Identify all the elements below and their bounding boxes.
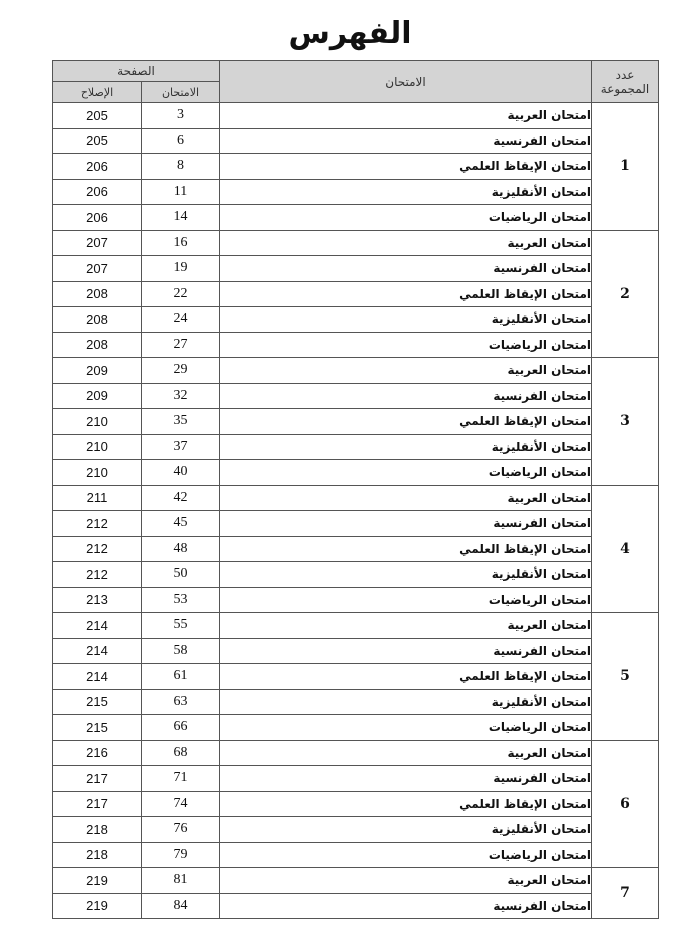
- table-row: 3امتحان العربية29209: [53, 358, 659, 384]
- correction-page: 218: [53, 842, 142, 868]
- exam-name: امتحان الفرنسية: [220, 383, 592, 409]
- exam-page: 6: [142, 128, 220, 154]
- exam-name: امتحان الرياضيات: [220, 842, 592, 868]
- table-row: 7امتحان العربية81219: [53, 868, 659, 894]
- correction-page: 210: [53, 409, 142, 435]
- correction-page: 206: [53, 179, 142, 205]
- exam-name: امتحان الرياضيات: [220, 715, 592, 741]
- correction-page: 218: [53, 817, 142, 843]
- exam-page: 58: [142, 638, 220, 664]
- correction-page: 208: [53, 281, 142, 307]
- exam-page: 84: [142, 893, 220, 919]
- table-row: امتحان الرياضيات79218: [53, 842, 659, 868]
- table-row: امتحان الرياضيات53213: [53, 587, 659, 613]
- exam-name: امتحان الرياضيات: [220, 332, 592, 358]
- page-title: الفهرس: [0, 14, 700, 54]
- exam-name: امتحان الأنقليزية: [220, 689, 592, 715]
- exam-page: 66: [142, 715, 220, 741]
- table-row: امتحان الفرنسية19207: [53, 256, 659, 282]
- exam-page: 19: [142, 256, 220, 282]
- correction-page: 208: [53, 332, 142, 358]
- exam-page: 53: [142, 587, 220, 613]
- table-row: امتحان الفرنسية45212: [53, 511, 659, 537]
- table-row: امتحان الرياضيات66215: [53, 715, 659, 741]
- correction-page: 208: [53, 307, 142, 333]
- correction-page: 210: [53, 460, 142, 486]
- exam-page: 81: [142, 868, 220, 894]
- correction-page: 205: [53, 128, 142, 154]
- table-row: امتحان الإيقاظ العلمي8206: [53, 154, 659, 180]
- group-number: 3: [592, 358, 659, 486]
- exam-page: 16: [142, 230, 220, 256]
- table-row: امتحان الإيقاظ العلمي48212: [53, 536, 659, 562]
- correction-page: 207: [53, 256, 142, 282]
- correction-page: 207: [53, 230, 142, 256]
- correction-page: 210: [53, 434, 142, 460]
- exam-page: 32: [142, 383, 220, 409]
- correction-page: 217: [53, 766, 142, 792]
- correction-page: 205: [53, 103, 142, 129]
- correction-page: 214: [53, 638, 142, 664]
- exam-name: امتحان الإيقاظ العلمي: [220, 536, 592, 562]
- correction-page: 214: [53, 613, 142, 639]
- group-number: 4: [592, 485, 659, 613]
- exam-page: 61: [142, 664, 220, 690]
- exam-name: امتحان الإيقاظ العلمي: [220, 791, 592, 817]
- table-row: امتحان الأنقليزية76218: [53, 817, 659, 843]
- exam-page: 79: [142, 842, 220, 868]
- table-row: امتحان الفرنسية84219: [53, 893, 659, 919]
- exam-name: امتحان الأنقليزية: [220, 179, 592, 205]
- table-row: امتحان الأنقليزية50212: [53, 562, 659, 588]
- correction-page: 213: [53, 587, 142, 613]
- exam-page: 48: [142, 536, 220, 562]
- table-row: امتحان الفرنسية32209: [53, 383, 659, 409]
- table-row: امتحان الإيقاظ العلمي74217: [53, 791, 659, 817]
- correction-page: 215: [53, 715, 142, 741]
- table-row: امتحان الإيقاظ العلمي35210: [53, 409, 659, 435]
- exam-name: امتحان الفرنسية: [220, 893, 592, 919]
- exam-page: 55: [142, 613, 220, 639]
- correction-page: 206: [53, 205, 142, 231]
- exam-name: امتحان الرياضيات: [220, 205, 592, 231]
- correction-page: 215: [53, 689, 142, 715]
- exam-page: 37: [142, 434, 220, 460]
- exam-name: امتحان العربية: [220, 358, 592, 384]
- group-number: 6: [592, 740, 659, 868]
- table-row: امتحان الرياضيات40210: [53, 460, 659, 486]
- exam-name: امتحان الأنقليزية: [220, 307, 592, 333]
- exam-page: 63: [142, 689, 220, 715]
- correction-page: 206: [53, 154, 142, 180]
- exam-page: 3: [142, 103, 220, 129]
- exam-page: 76: [142, 817, 220, 843]
- table-row: امتحان الرياضيات14206: [53, 205, 659, 231]
- exam-name: امتحان العربية: [220, 868, 592, 894]
- group-number: 7: [592, 868, 659, 919]
- table-row: 5امتحان العربية55214: [53, 613, 659, 639]
- exam-name: امتحان الإيقاظ العلمي: [220, 664, 592, 690]
- exam-page: 27: [142, 332, 220, 358]
- exam-page: 45: [142, 511, 220, 537]
- exam-page: 71: [142, 766, 220, 792]
- group-number: 5: [592, 613, 659, 741]
- exam-page: 14: [142, 205, 220, 231]
- table-row: امتحان الفرنسية6205: [53, 128, 659, 154]
- table-header: عدد المجموعة الامتحان الصفحة الامتحان ال…: [53, 61, 659, 103]
- table-row: امتحان الفرنسية58214: [53, 638, 659, 664]
- header-exam: الامتحان: [220, 61, 592, 103]
- exam-page: 74: [142, 791, 220, 817]
- exam-name: امتحان العربية: [220, 103, 592, 129]
- correction-page: 216: [53, 740, 142, 766]
- exam-name: امتحان العربية: [220, 740, 592, 766]
- correction-page: 209: [53, 358, 142, 384]
- exam-page: 8: [142, 154, 220, 180]
- exam-page: 11: [142, 179, 220, 205]
- table-row: امتحان الأنقليزية37210: [53, 434, 659, 460]
- exam-name: امتحان الأنقليزية: [220, 562, 592, 588]
- table-row: 1امتحان العربية3205: [53, 103, 659, 129]
- exam-name: امتحان الإيقاظ العلمي: [220, 409, 592, 435]
- exam-page: 29: [142, 358, 220, 384]
- correction-page: 209: [53, 383, 142, 409]
- table-row: 6امتحان العربية68216: [53, 740, 659, 766]
- header-group: عدد المجموعة: [592, 61, 659, 103]
- correction-page: 214: [53, 664, 142, 690]
- exam-page: 50: [142, 562, 220, 588]
- exam-page: 35: [142, 409, 220, 435]
- exam-name: امتحان الفرنسية: [220, 128, 592, 154]
- exam-page: 22: [142, 281, 220, 307]
- table-row: امتحان الإيقاظ العلمي61214: [53, 664, 659, 690]
- table-row: 4امتحان العربية42211: [53, 485, 659, 511]
- table-row: امتحان الفرنسية71217: [53, 766, 659, 792]
- exam-name: امتحان العربية: [220, 485, 592, 511]
- table-row: 2امتحان العربية16207: [53, 230, 659, 256]
- exam-name: امتحان الرياضيات: [220, 460, 592, 486]
- group-number: 1: [592, 103, 659, 231]
- table-row: امتحان الأنقليزية11206: [53, 179, 659, 205]
- header-page: الصفحة: [53, 61, 220, 82]
- group-number: 2: [592, 230, 659, 358]
- correction-page: 212: [53, 562, 142, 588]
- correction-page: 211: [53, 485, 142, 511]
- exam-name: امتحان الإيقاظ العلمي: [220, 281, 592, 307]
- exam-name: امتحان الرياضيات: [220, 587, 592, 613]
- table-row: امتحان الرياضيات27208: [53, 332, 659, 358]
- exam-name: امتحان العربية: [220, 613, 592, 639]
- header-page-correction: الإصلاح: [53, 82, 142, 103]
- exam-name: امتحان الفرنسية: [220, 766, 592, 792]
- exam-name: امتحان الفرنسية: [220, 511, 592, 537]
- correction-page: 217: [53, 791, 142, 817]
- exam-page: 68: [142, 740, 220, 766]
- correction-page: 219: [53, 893, 142, 919]
- index-table: عدد المجموعة الامتحان الصفحة الامتحان ال…: [52, 60, 659, 919]
- correction-page: 219: [53, 868, 142, 894]
- exam-name: امتحان الأنقليزية: [220, 434, 592, 460]
- exam-page: 42: [142, 485, 220, 511]
- header-page-exam: الامتحان: [142, 82, 220, 103]
- table-row: امتحان الأنقليزية63215: [53, 689, 659, 715]
- exam-page: 40: [142, 460, 220, 486]
- exam-name: امتحان الأنقليزية: [220, 817, 592, 843]
- exam-page: 24: [142, 307, 220, 333]
- exam-name: امتحان الفرنسية: [220, 256, 592, 282]
- correction-page: 212: [53, 511, 142, 537]
- exam-name: امتحان الإيقاظ العلمي: [220, 154, 592, 180]
- exam-name: امتحان الفرنسية: [220, 638, 592, 664]
- table-row: امتحان الأنقليزية24208: [53, 307, 659, 333]
- correction-page: 212: [53, 536, 142, 562]
- exam-name: امتحان العربية: [220, 230, 592, 256]
- table-body: 1امتحان العربية3205امتحان الفرنسية6205ام…: [53, 103, 659, 919]
- table-row: امتحان الإيقاظ العلمي22208: [53, 281, 659, 307]
